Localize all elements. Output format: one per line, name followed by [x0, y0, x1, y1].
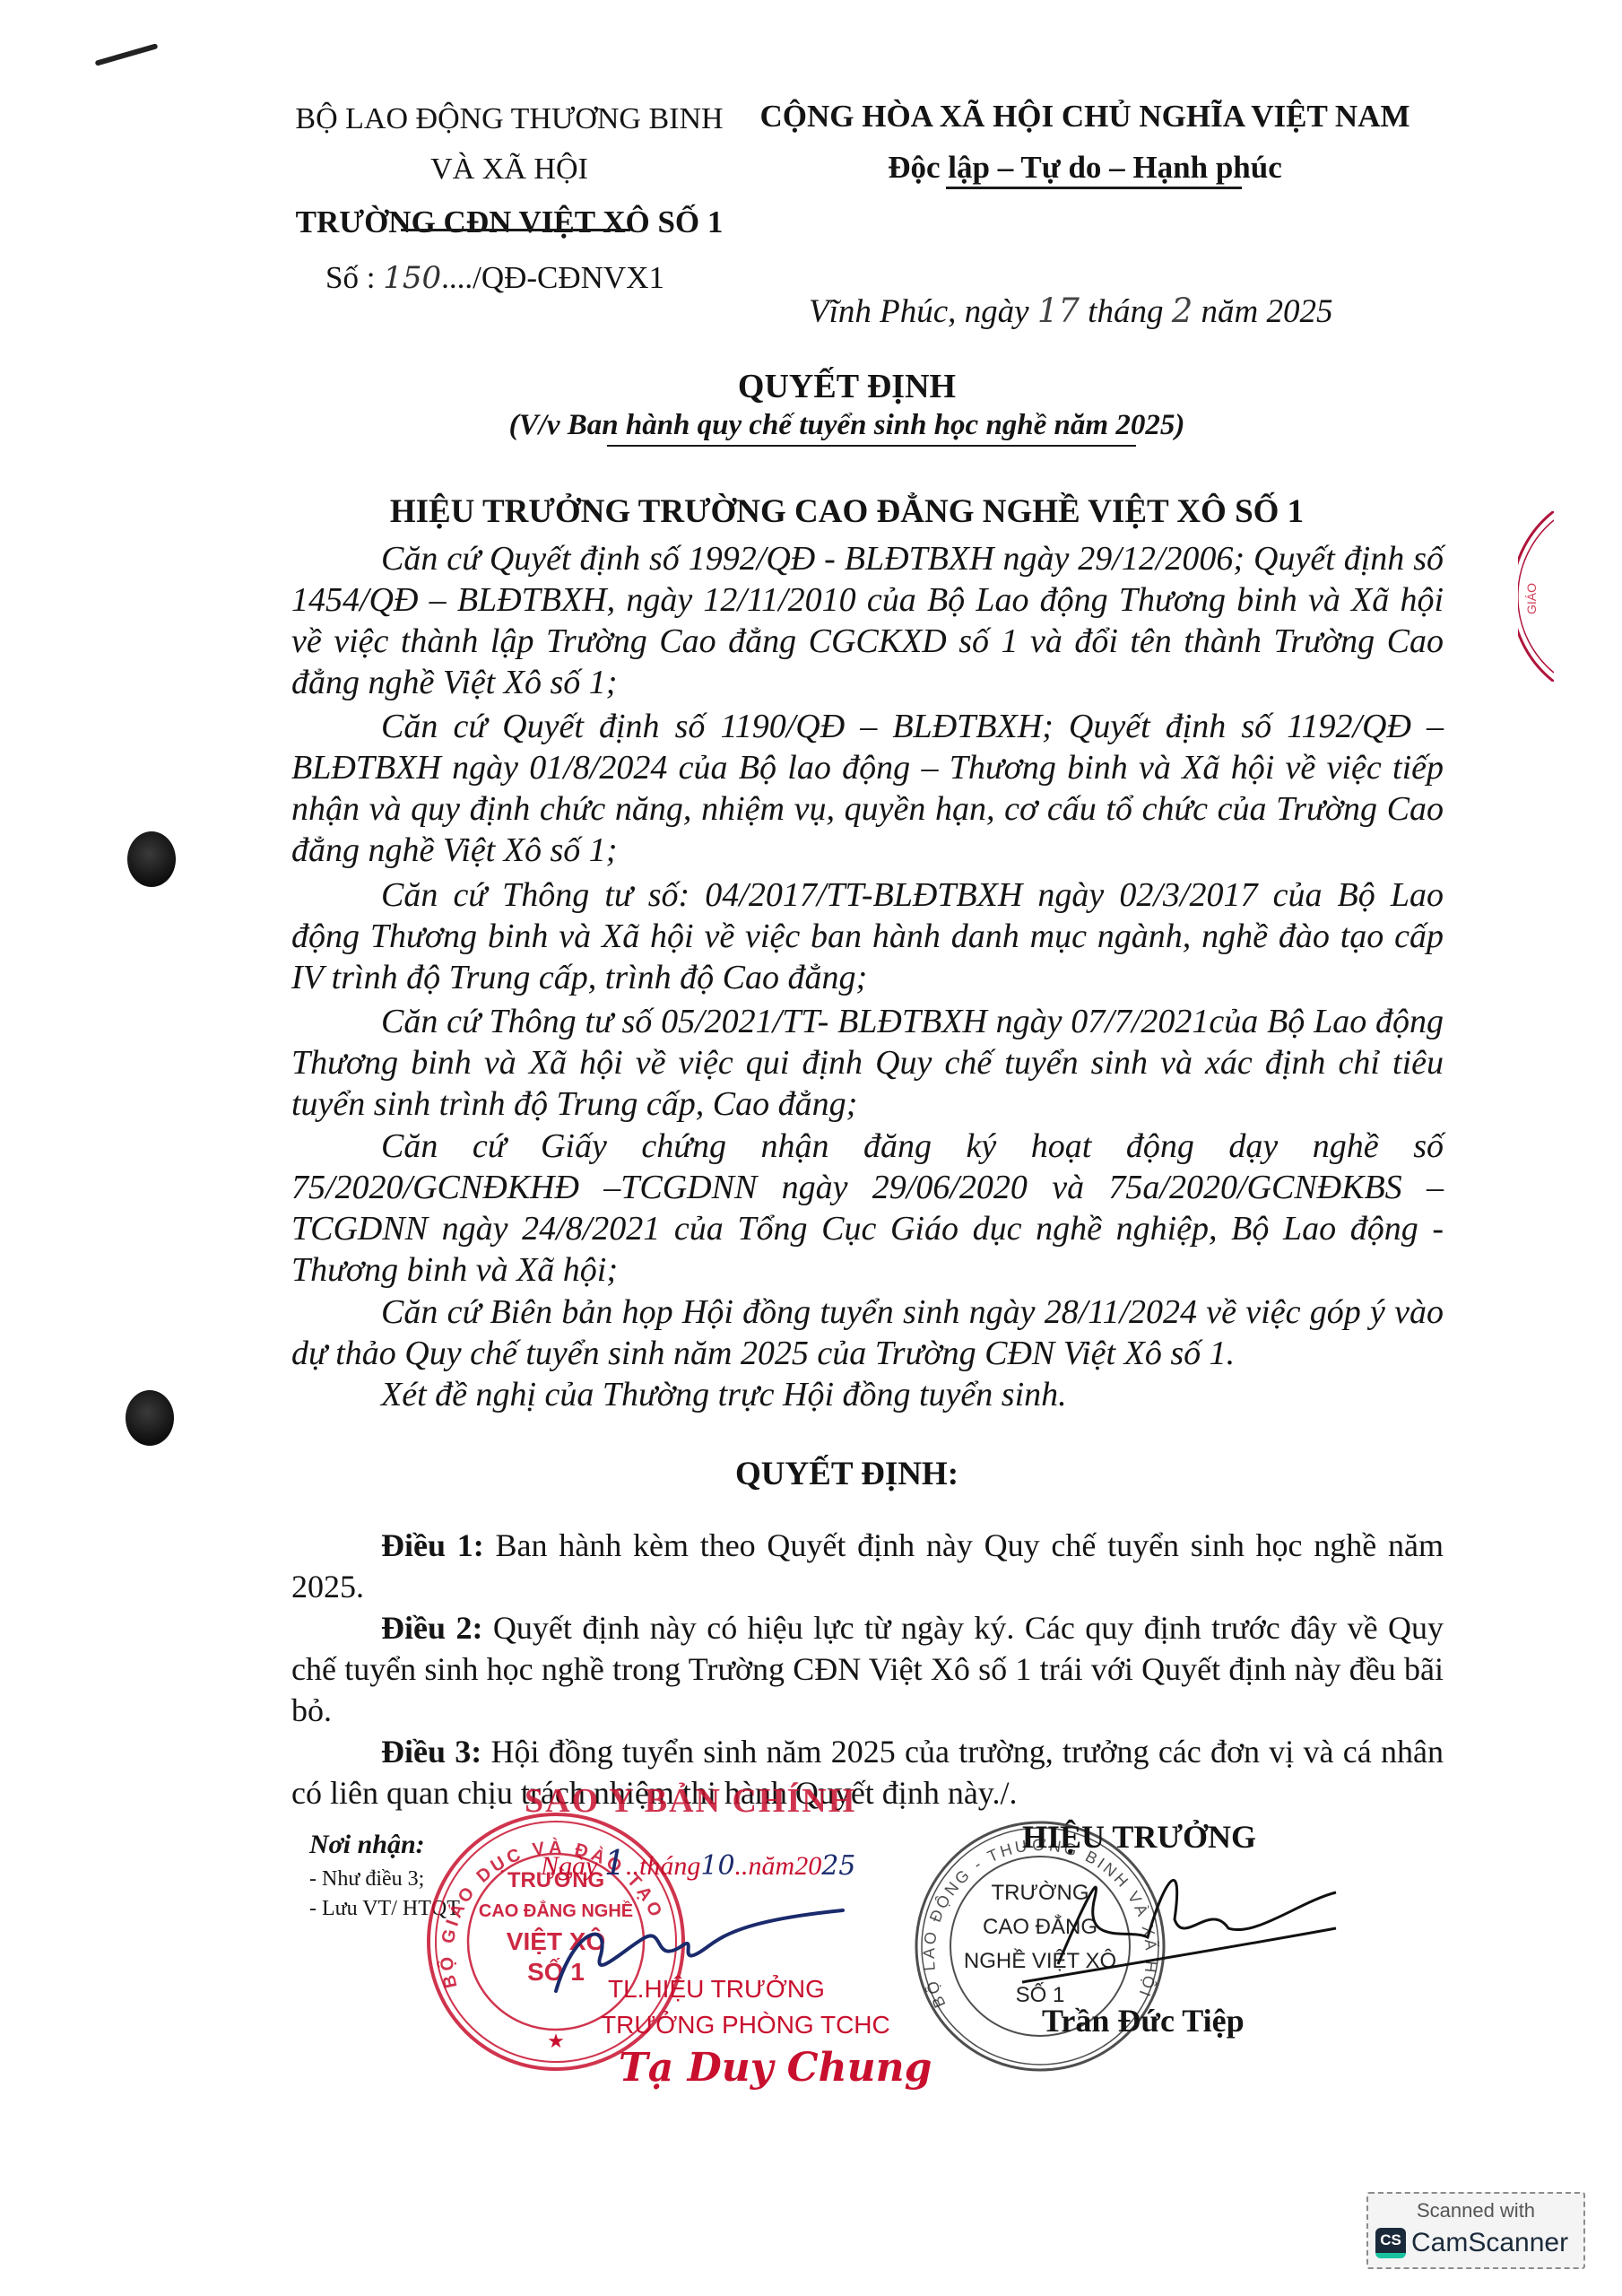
certified-copy-role: TL.HIỆU TRƯỞNG TRƯỞNG PHÒNG TCHC — [608, 1971, 890, 2043]
date-day: 17 — [1037, 291, 1080, 330]
article-2-label: Điều 2: — [381, 1610, 482, 1646]
camscanner-logo-icon: CS — [1375, 2228, 1406, 2258]
school-name: TRƯỜNG CĐN VIỆT XÔ SỐ 1 — [285, 206, 733, 238]
date-month: 2 — [1172, 291, 1193, 330]
decision-heading: QUYẾT ĐỊNH: — [0, 1457, 1622, 1491]
edge-seal-text: GIÁO — [1524, 583, 1539, 614]
motto-underline — [946, 187, 1242, 189]
ministry-line1: BỘ LAO ĐỘNG THƯƠNG BINH — [285, 104, 733, 135]
republic-title: CỘNG HÒA XÃ HỘI CHỦ NGHĨA VIỆT NAM — [753, 100, 1417, 132]
svg-text:★: ★ — [547, 2030, 565, 2052]
subject-underline — [607, 445, 1136, 447]
place-date: Vĩnh Phúc, ngày 17 tháng 2 năm 2025 — [809, 291, 1332, 331]
preamble-7: Xét đề nghị của Thường trực Hội đồng tuy… — [291, 1374, 1444, 1415]
article-1: Điều 1: Ban hành kèm theo Quyết định này… — [291, 1525, 1444, 1607]
ministry-line2: VÀ XÃ HỘI — [285, 154, 733, 185]
republic-header: CỘNG HÒA XÃ HỘI CHỦ NGHĨA VIỆT NAM Độc l… — [753, 100, 1417, 183]
article-1-label: Điều 1: — [381, 1527, 484, 1563]
camscanner-watermark: Scanned with CS CamScanner — [1366, 2192, 1585, 2269]
binder-hole — [126, 1390, 174, 1446]
camscanner-brand: CS CamScanner — [1375, 2228, 1583, 2258]
document-number: Số : 150..../QĐ-CĐNVX1 — [325, 260, 664, 296]
authority-heading: HIỆU TRƯỞNG TRƯỜNG CAO ĐẲNG NGHỀ VIỆT XÔ… — [0, 495, 1622, 528]
preamble-3: Căn cứ Thông tư số: 04/2017/TT-BLĐTBXH n… — [291, 874, 1444, 998]
article-3: Điều 3: Hội đồng tuyển sinh năm 2025 của… — [291, 1731, 1444, 1813]
preamble-2: Căn cứ Quyết định số 1190/QĐ – BLĐTBXH; … — [291, 706, 1444, 871]
ministry-header: BỘ LAO ĐỘNG THƯƠNG BINH VÀ XÃ HỘI TRƯỜNG… — [285, 104, 733, 238]
watermark-caption: Scanned with — [1368, 2199, 1583, 2222]
document-subject: (V/v Ban hành quy chế tuyển sinh học ngh… — [0, 409, 1622, 442]
article-3-label: Điều 3: — [381, 1734, 481, 1770]
certified-copy-signer: Tạ Duy Chung — [619, 2045, 932, 2091]
preamble-5: Căn cứ Giấy chứng nhận đăng ký hoạt động… — [291, 1126, 1444, 1291]
signer-name: Trần Đức Tiệp — [1042, 2002, 1245, 2039]
camscanner-name: CamScanner — [1411, 2228, 1568, 2258]
article-2: Điều 2: Quyết định này có hiệu lực từ ng… — [291, 1607, 1444, 1731]
school-underline — [401, 229, 630, 231]
motto: Độc lập – Tự do – Hạnh phúc — [753, 152, 1417, 183]
certified-copy-date: Ngày 1..tháng10..năm2025 — [541, 1843, 855, 1883]
preamble-1: Căn cứ Quyết định số 1992/QĐ - BLĐTBXH n… — [291, 538, 1444, 703]
preamble-4: Căn cứ Thông tư số 05/2021/TT- BLĐTBXH n… — [291, 1001, 1444, 1125]
signature-tran-duc-tiep — [1004, 1848, 1345, 1991]
document-title: QUYẾT ĐỊNH — [0, 370, 1622, 404]
preamble-6: Căn cứ Biên bản họp Hội đồng tuyển sinh … — [291, 1291, 1444, 1374]
number-handwritten: 150 — [383, 260, 441, 296]
pen-mark — [95, 43, 159, 66]
binder-hole — [127, 831, 176, 887]
